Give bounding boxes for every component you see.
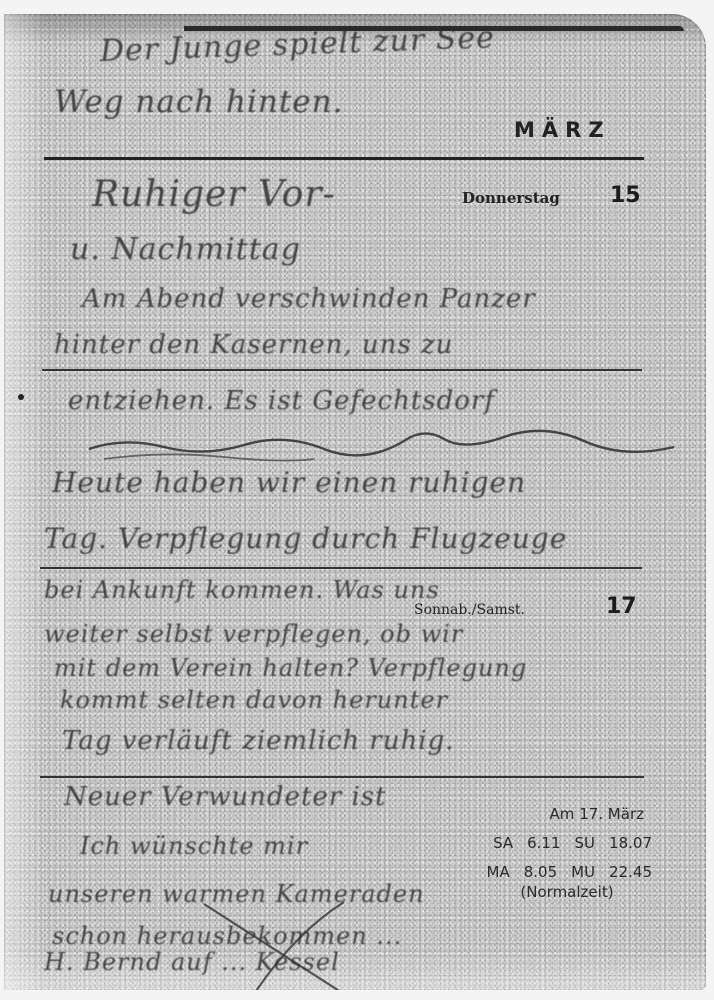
diary-page: Der Junge spielt zur See Weg nach hinten…	[4, 14, 706, 990]
almanac-row-sun: SA 6.11 SU 18.07	[422, 829, 652, 858]
handwritten-line: u. Nachmittag	[70, 232, 301, 267]
handwritten-line: hinter den Kasernen, uns zu	[54, 330, 453, 360]
handwritten-line: Heute haben wir einen ruhigen	[52, 466, 526, 499]
handwritten-line: bei Ankunft kommen. Was uns	[44, 576, 440, 604]
handwritten-line: Tag verläuft ziemlich ruhig.	[62, 726, 455, 756]
day-rule	[42, 369, 642, 371]
day-rule	[40, 567, 642, 569]
handwritten-line: entziehen. Es ist Gefechtsdorf	[68, 386, 495, 416]
day-number: 17	[606, 594, 637, 619]
cross-mark	[194, 894, 374, 990]
handwritten-line: Am Abend verschwinden Panzer	[82, 284, 536, 314]
month-label: MÄRZ	[514, 118, 611, 142]
sunrise-label: SA	[493, 829, 513, 858]
day-name: Donnerstag	[462, 189, 560, 207]
moonset-value: 22.45	[609, 858, 652, 887]
day-number: 15	[610, 183, 641, 208]
sunset-label: SU	[575, 829, 596, 858]
handwritten-line: Ich wünschte mir	[80, 832, 308, 860]
wavy-underline	[84, 419, 684, 469]
sun-moon-almanac: Am 17. März SA 6.11 SU 18.07 MA 8.05 MU …	[422, 800, 652, 901]
almanac-title: Am 17. März	[422, 800, 652, 829]
ink-dot	[18, 394, 24, 400]
day-name: Sonnab./Samst.	[414, 602, 525, 618]
handwritten-line: mit dem Verein halten? Verpflegung	[54, 654, 527, 682]
sunset-value: 18.07	[609, 829, 652, 858]
handwritten-line: Tag. Verpflegung durch Flugzeuge	[44, 522, 567, 555]
header-rule	[44, 157, 644, 160]
handwritten-line: Ruhiger Vor-	[92, 174, 336, 215]
day-rule	[40, 776, 644, 778]
handwritten-line: Neuer Verwundeter ist	[64, 782, 387, 812]
handwritten-header-line: Weg nach hinten.	[54, 84, 343, 120]
moonrise-label: MA	[487, 858, 510, 887]
handwritten-line: weiter selbst verpflegen, ob wir	[44, 620, 463, 648]
sunrise-value: 6.11	[527, 829, 560, 858]
handwritten-line: kommt selten davon herunter	[60, 686, 448, 714]
